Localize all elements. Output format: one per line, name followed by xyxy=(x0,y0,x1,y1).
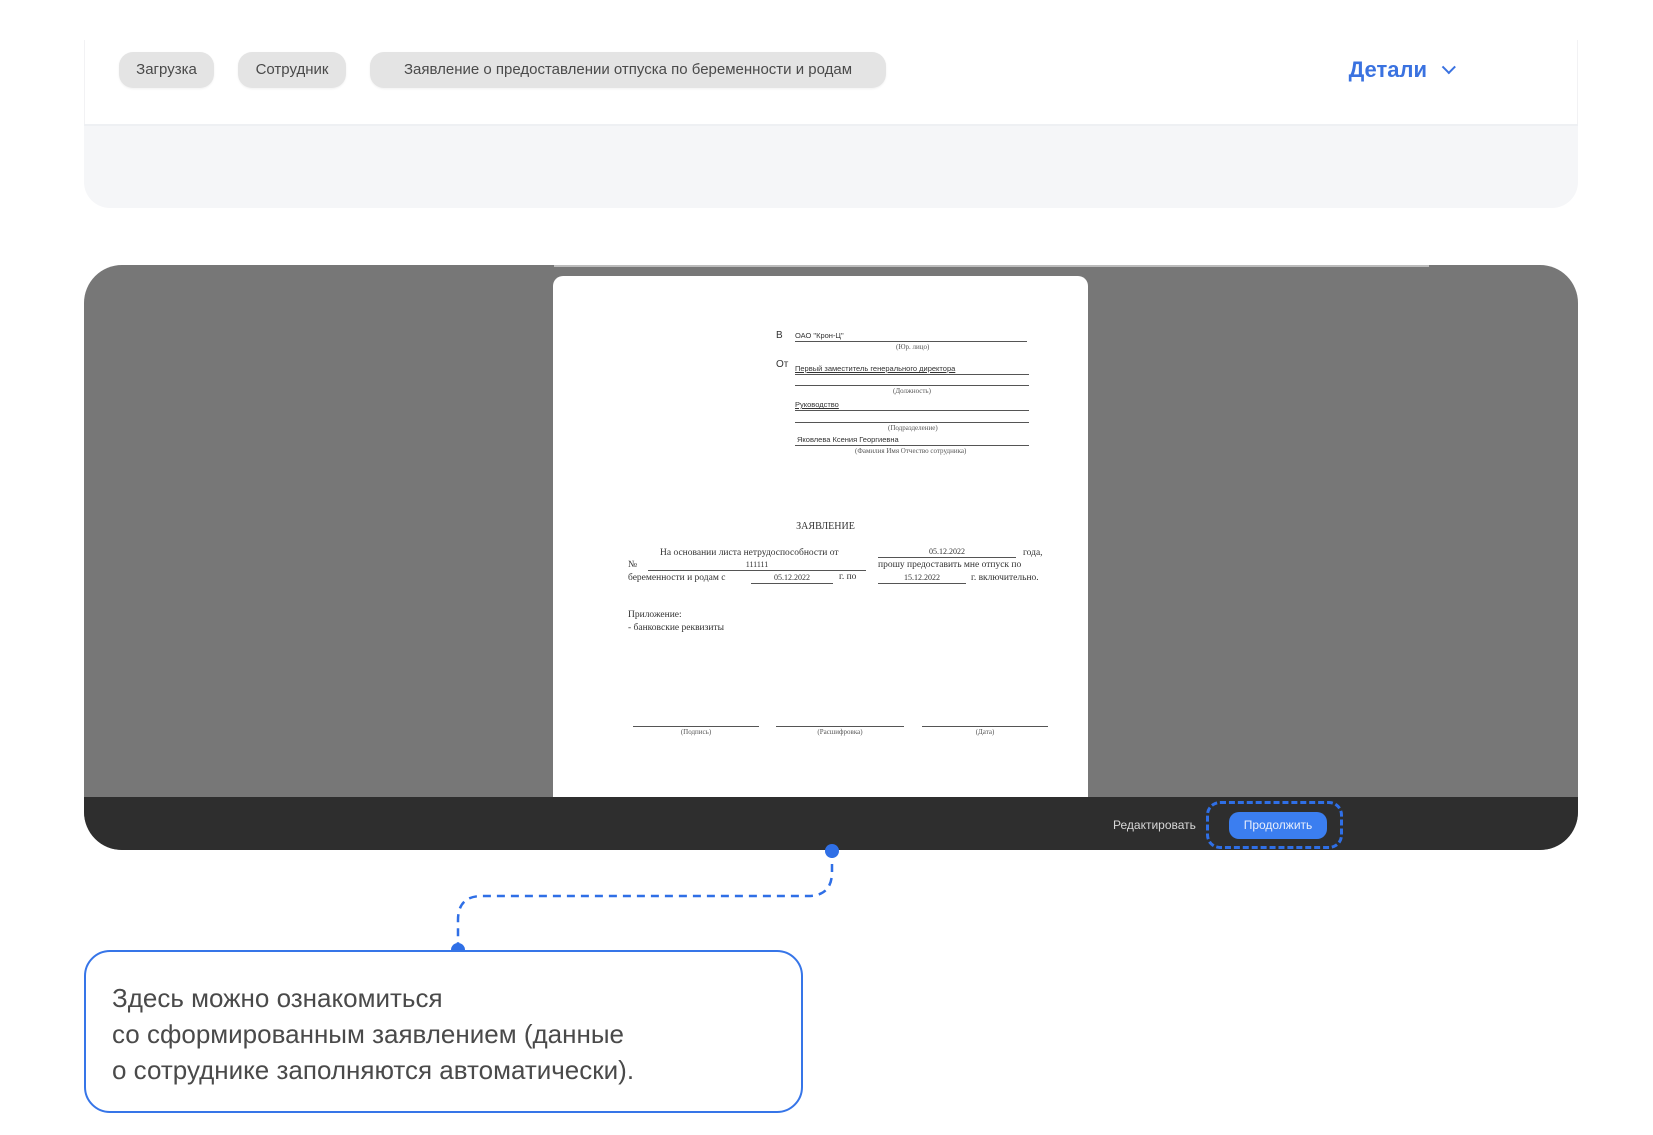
signature-line xyxy=(922,726,1048,727)
date-caption: (Дата) xyxy=(922,728,1048,736)
underline xyxy=(751,583,833,584)
number-prefix: № xyxy=(628,560,637,570)
underline xyxy=(795,341,1027,342)
body-line3: беременности и родам с xyxy=(628,573,725,583)
document-title: ЗАЯВЛЕНИЕ xyxy=(553,521,1088,532)
signature-line xyxy=(633,726,759,727)
chevron-down-icon xyxy=(1442,60,1456,74)
underline xyxy=(795,422,1029,423)
continue-button[interactable]: Продолжить xyxy=(1229,812,1327,839)
department-value: Руководство xyxy=(795,400,839,409)
attachment-title: Приложение: xyxy=(628,610,682,620)
position-caption: (Должность) xyxy=(893,387,931,395)
details-toggle[interactable]: Детали xyxy=(1349,52,1451,88)
underline xyxy=(878,583,966,584)
callout-line-2: со сформированным заявлением (данные xyxy=(112,1016,775,1052)
body-line1-suffix: года, xyxy=(1023,548,1043,558)
department-caption: (Подразделение) xyxy=(888,424,938,432)
callout-line-3: о сотруднике заполняются автоматически). xyxy=(112,1052,775,1088)
body-line2: прошу предоставить мне отпуск по xyxy=(878,560,1021,570)
position-value: Первый заместитель генерального директор… xyxy=(795,364,955,373)
body-line1: На основании листа нетрудоспособности от xyxy=(660,548,839,558)
callout-line-1: Здесь можно ознакомиться xyxy=(112,980,775,1016)
body-line3-mid: г. по xyxy=(839,572,856,582)
document-viewer: В ОАО "Крон-Ц" (Юр. лицо) От Первый заме… xyxy=(84,265,1578,850)
document-page: В ОАО "Крон-Ц" (Юр. лицо) От Первый заме… xyxy=(553,276,1088,797)
underline xyxy=(878,557,1016,558)
from-prefix: От xyxy=(776,359,788,370)
leave-to-date: 15.12.2022 xyxy=(878,573,966,582)
sick-leave-date: 05.12.2022 xyxy=(878,547,1016,556)
signature-line xyxy=(776,726,904,727)
to-caption: (Юр. лицо) xyxy=(896,343,929,351)
underline xyxy=(795,410,1029,411)
leave-from-date: 05.12.2022 xyxy=(751,573,833,582)
breadcrumb-step-upload[interactable]: Загрузка xyxy=(119,52,214,88)
underline xyxy=(795,374,1029,375)
signature-caption: (Подпись) xyxy=(633,728,759,736)
callout-box: Здесь можно ознакомиться со сформированн… xyxy=(84,950,803,1113)
employee-caption: (Фамилия Имя Отчество сотрудника) xyxy=(855,447,966,455)
viewer-top-edge xyxy=(554,265,1429,267)
underline xyxy=(795,385,1029,386)
viewer-action-bar xyxy=(84,797,1578,850)
to-prefix: В xyxy=(776,330,783,341)
employee-value: Яковлева Ксения Георгиевна xyxy=(797,435,899,444)
body-line3-suffix: г. включительно. xyxy=(971,573,1039,583)
breadcrumb: Загрузка Сотрудник Заявление о предостав… xyxy=(84,40,1578,124)
sick-leave-number: 111111 xyxy=(648,560,866,569)
header-card: Загрузка Сотрудник Заявление о предостав… xyxy=(84,40,1578,208)
decoding-caption: (Расшифровка) xyxy=(776,728,904,736)
underline xyxy=(795,445,1029,446)
to-value: ОАО "Крон-Ц" xyxy=(795,331,844,340)
underline xyxy=(648,570,866,571)
attachment-item: - банковские реквизиты xyxy=(628,623,724,633)
edit-button[interactable]: Редактировать xyxy=(1113,818,1196,832)
breadcrumb-step-employee[interactable]: Сотрудник xyxy=(238,52,346,88)
breadcrumb-step-application[interactable]: Заявление о предоставлении отпуска по бе… xyxy=(370,52,886,88)
action-bar: Отменить заявку xyxy=(84,124,1578,208)
details-label: Детали xyxy=(1349,57,1427,83)
